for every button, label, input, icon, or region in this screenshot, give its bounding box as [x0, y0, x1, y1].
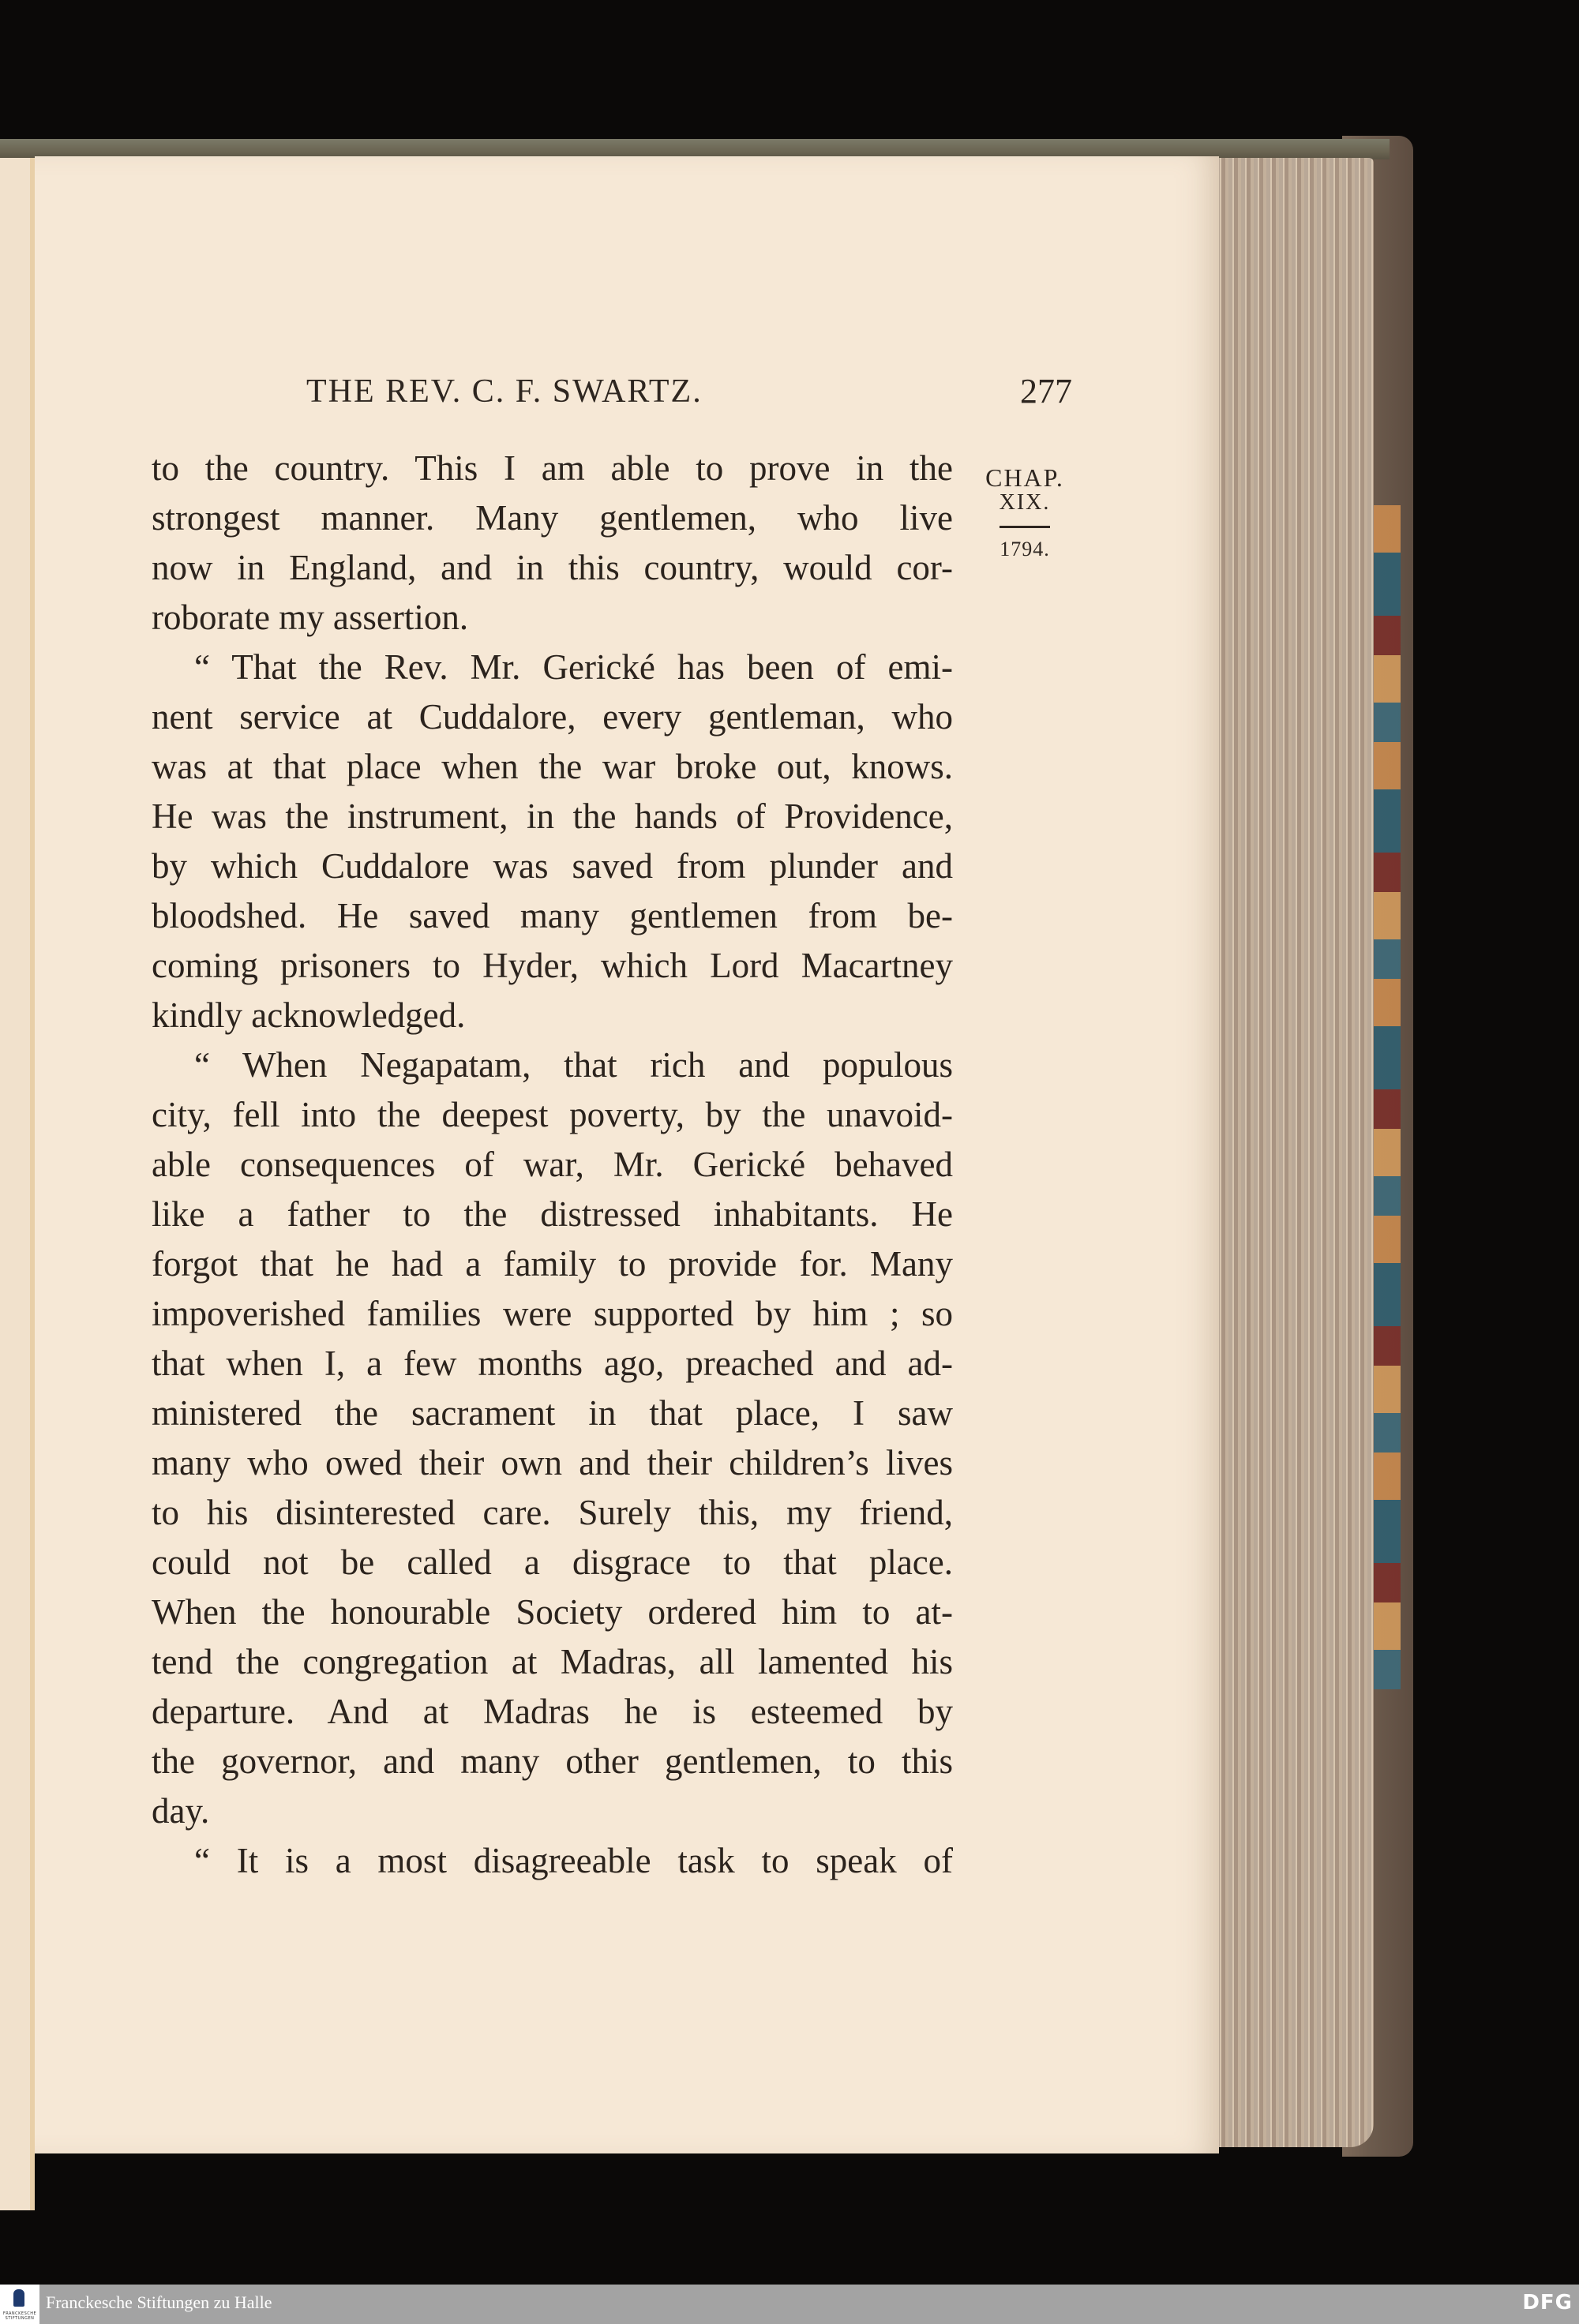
- text-line: could not be called a disgrace to that p…: [152, 1538, 953, 1587]
- margin-year: 1794.: [977, 538, 1072, 561]
- running-head: THE REV. C. F. SWARTZ.: [306, 373, 703, 410]
- text-line: ministered the sacrament in that place, …: [152, 1389, 953, 1438]
- dfg-logo: DFG: [1522, 2291, 1573, 2315]
- text-line: nent service at Cuddalore, every gentlem…: [152, 692, 953, 742]
- text-line: roborate my assertion.: [152, 593, 953, 643]
- margin-note: CHAP. XIX. 1794.: [977, 464, 1072, 561]
- text-line: now in England, and in this country, wou…: [152, 543, 953, 593]
- marbled-endpaper: [1372, 505, 1401, 1689]
- text-line: that when I, a few months ago, preached …: [152, 1339, 953, 1389]
- statue-icon: [13, 2289, 24, 2307]
- text-line: like a father to the distressed inhabita…: [152, 1190, 953, 1239]
- text-line: many who owed their own and their childr…: [152, 1438, 953, 1488]
- institution-name: Franckesche Stiftungen zu Halle: [46, 2292, 272, 2313]
- body-text: to the country. This I am able to prove …: [152, 444, 953, 1886]
- text-line: city, fell into the deepest poverty, by …: [152, 1090, 953, 1140]
- text-line: was at that place when the war broke out…: [152, 742, 953, 792]
- text-line: bloodshed. He saved many gentlemen from …: [152, 891, 953, 941]
- text-line: “ When Negapatam, that rich and populous: [152, 1040, 953, 1090]
- text-line: departure. And at Madras he is esteemed …: [152, 1687, 953, 1737]
- text-line: forgot that he had a family to provide f…: [152, 1239, 953, 1289]
- chapter-label: CHAP.: [977, 464, 1072, 491]
- text-line: kindly acknowledged.: [152, 991, 953, 1040]
- text-line: strongest manner. Many gentlemen, who li…: [152, 493, 953, 543]
- margin-rule: [1000, 526, 1050, 528]
- text-line: day.: [152, 1786, 953, 1836]
- footer-bar: FRANCKESCHE STIFTUNGEN Franckesche Stift…: [0, 2285, 1579, 2324]
- text-line: to the country. This I am able to prove …: [152, 444, 953, 493]
- text-line: able consequences of war, Mr. Gerické be…: [152, 1140, 953, 1190]
- text-line: “ It is a most disagreeable task to spea…: [152, 1836, 953, 1886]
- text-line: He was the instrument, in the hands of P…: [152, 792, 953, 842]
- logo-text: FRANCKESCHE STIFTUNGEN: [2, 2311, 38, 2321]
- left-page-sliver: [0, 158, 35, 2210]
- text-line: the governor, and many other gentlemen, …: [152, 1737, 953, 1786]
- text-line: coming prisoners to Hyder, which Lord Ma…: [152, 941, 953, 991]
- text-line: to his disinterested care. Surely this, …: [152, 1488, 953, 1538]
- text-line: tend the congregation at Madras, all lam…: [152, 1637, 953, 1687]
- page-block-edges: [1216, 158, 1374, 2147]
- chapter-number: XIX.: [977, 491, 1072, 515]
- franckesche-logo[interactable]: FRANCKESCHE STIFTUNGEN: [0, 2285, 39, 2324]
- text-line: “ That the Rev. Mr. Gerické has been of …: [152, 643, 953, 692]
- text-line: by which Cuddalore was saved from plunde…: [152, 842, 953, 891]
- text-line: When the honourable Society ordered him …: [152, 1587, 953, 1637]
- text-line: impoverished families were supported by …: [152, 1289, 953, 1339]
- page-number: 277: [1020, 371, 1072, 411]
